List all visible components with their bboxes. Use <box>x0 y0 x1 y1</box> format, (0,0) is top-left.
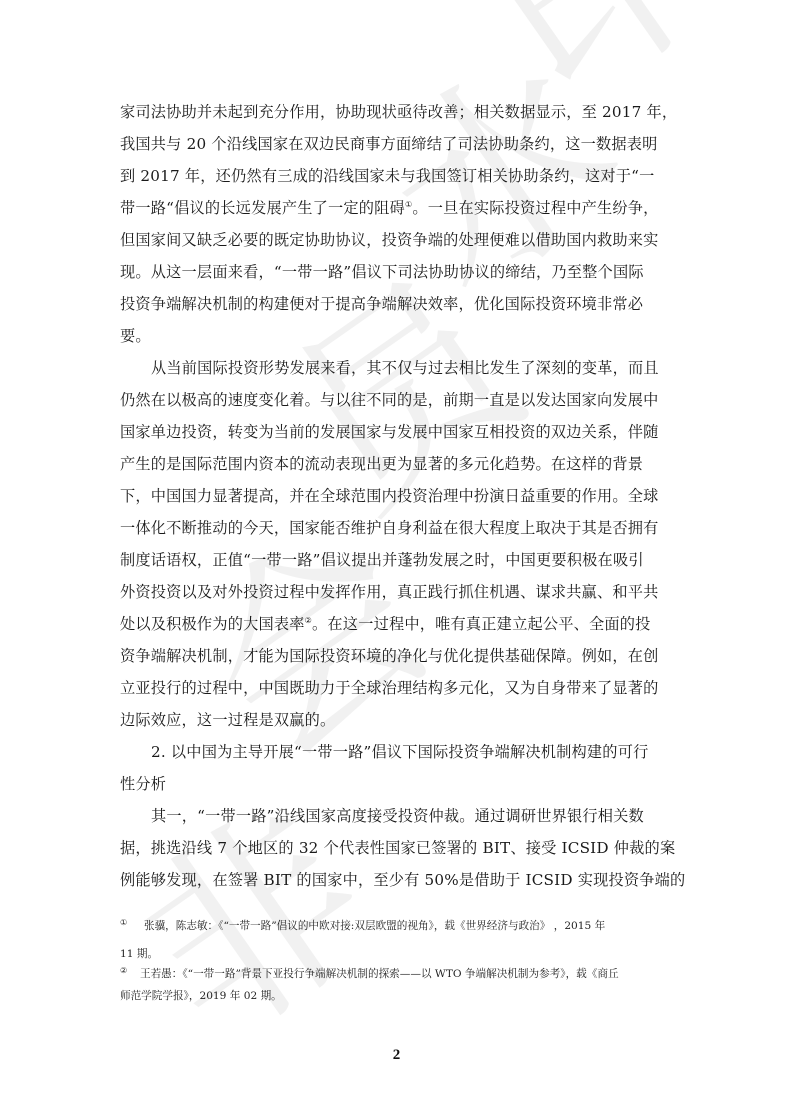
body-line: 其一，“一带一路”沿线国家高度接受投资仲裁。通过调研世界银行相关数 <box>120 800 680 832</box>
body-line: 投资争端解决机制的构建便对于提高争端解决效率，优化国际投资环境非常必 <box>120 288 680 320</box>
body-line: 我国共与 20 个沿线国家在双边民商事方面缔结了司法协助条约，这一数据表明 <box>120 128 680 160</box>
body-line: 外资投资以及对外投资过程中发挥作用，真正践行抓住机遇、谋求共赢、和平共 <box>120 576 680 608</box>
body-line: 要。 <box>120 320 680 352</box>
body-line: 国家单边投资，转变为当前的发展国家与发展中国家互相投资的双边关系，伴随 <box>120 416 680 448</box>
body-line: 下，中国国力显著提高，并在全球范围内投资治理中扮演日益重要的作用。全球 <box>120 480 680 512</box>
line-text: 。一旦在实际投资过程中产生纷争， <box>412 199 658 217</box>
footnote-mark: ① <box>120 918 144 927</box>
footnote-2: ②王若愚：《“一带一路”背景下亚投行争端解决机制的探索——以 WTO 争端解决机… <box>120 966 619 981</box>
line-text: 。在这一过程中，唯有真正建立起公平、全面的投 <box>312 615 651 633</box>
body-text: 家司法协助并未起到充分作用，协助现状亟待改善；相关数据显示，至 2017 年， … <box>120 96 680 896</box>
line-text: 带一路“倡议的长远发展产生了一定的阻碍 <box>120 199 405 217</box>
body-line: 但国家间又缺乏必要的既定协助协议，投资争端的处理便难以借助国内救助来实 <box>120 224 680 256</box>
page-number: 2 <box>0 1047 793 1064</box>
line-text: 处以及积极作为的大国表率 <box>120 615 305 633</box>
body-line: 边际效应，这一过程是双赢的。 <box>120 704 680 736</box>
document-page: 非 会 员 水 印 家司法协助并未起到充分作用，协助现状亟待改善；相关数据显示，… <box>0 0 793 1114</box>
body-line: 到 2017 年，还仍然有三成的沿线国家未与我国签订相关协助条约，这对于“一 <box>120 160 680 192</box>
body-line: 资争端解决机制，才能为国际投资环境的净化与优化提供基础保障。例如，在创 <box>120 640 680 672</box>
body-line: 处以及积极作为的大国表率②。在这一过程中，唯有真正建立起公平、全面的投 <box>120 608 680 640</box>
footnote-text: 张骥，陈志敏：《“一带一路”倡议的中欧对接:双层欧盟的视角》，载《世界经济与政治… <box>144 920 605 932</box>
body-line: 仍然在以极高的速度变化着。与以往不同的是，前期一直是以发达国家向发展中 <box>120 384 680 416</box>
body-line: 据，挑选沿线 7 个地区的 32 个代表性国家已签署的 BIT、接受 ICSID… <box>120 832 680 864</box>
body-line: 现。从这一层面来看，“一带一路”倡议下司法协助协议的缔结，乃至整个国际 <box>120 256 680 288</box>
body-line: 一体化不断推动的今天，国家能否维护自身利益在很大程度上取决于其是否拥有 <box>120 512 680 544</box>
footnote-1: ①张骥，陈志敏：《“一带一路”倡议的中欧对接:双层欧盟的视角》，载《世界经济与政… <box>120 918 605 933</box>
body-line: 从当前国际投资形势发展来看，其不仅与过去相比发生了深刻的变革，而且 <box>120 352 680 384</box>
footnote-mark: ② <box>120 966 140 975</box>
body-line: 例能够发现，在签署 BIT 的国家中，至少有 50%是借助于 ICSID 实现投… <box>120 864 680 896</box>
body-line: 立亚投行的过程中，中国既助力于全球治理结构多元化，又为自身带来了显著的 <box>120 672 680 704</box>
footnote-ref-2[interactable]: ② <box>305 616 312 625</box>
body-line: 带一路“倡议的长远发展产生了一定的阻碍①。一旦在实际投资过程中产生纷争， <box>120 192 680 224</box>
footnote-2-cont: 师范学院学报》，2019 年 02 期。 <box>120 988 282 1003</box>
body-line: 家司法协助并未起到充分作用，协助现状亟待改善；相关数据显示，至 2017 年， <box>120 96 680 128</box>
section-heading: 性分析 <box>120 768 680 800</box>
footnote-1-cont: 11 期。 <box>120 946 158 961</box>
footnote-text: 王若愚：《“一带一路”背景下亚投行争端解决机制的探索——以 WTO 争端解决机制… <box>140 968 619 980</box>
body-line: 制度话语权，正值“一带一路”倡议提出并蓬勃发展之时，中国更要积极在吸引 <box>120 544 680 576</box>
body-line: 产生的是国际范围内资本的流动表现出更为显著的多元化趋势。在这样的背景 <box>120 448 680 480</box>
section-heading: 2. 以中国为主导开展“一带一路”倡议下国际投资争端解决机制构建的可行 <box>120 736 680 768</box>
